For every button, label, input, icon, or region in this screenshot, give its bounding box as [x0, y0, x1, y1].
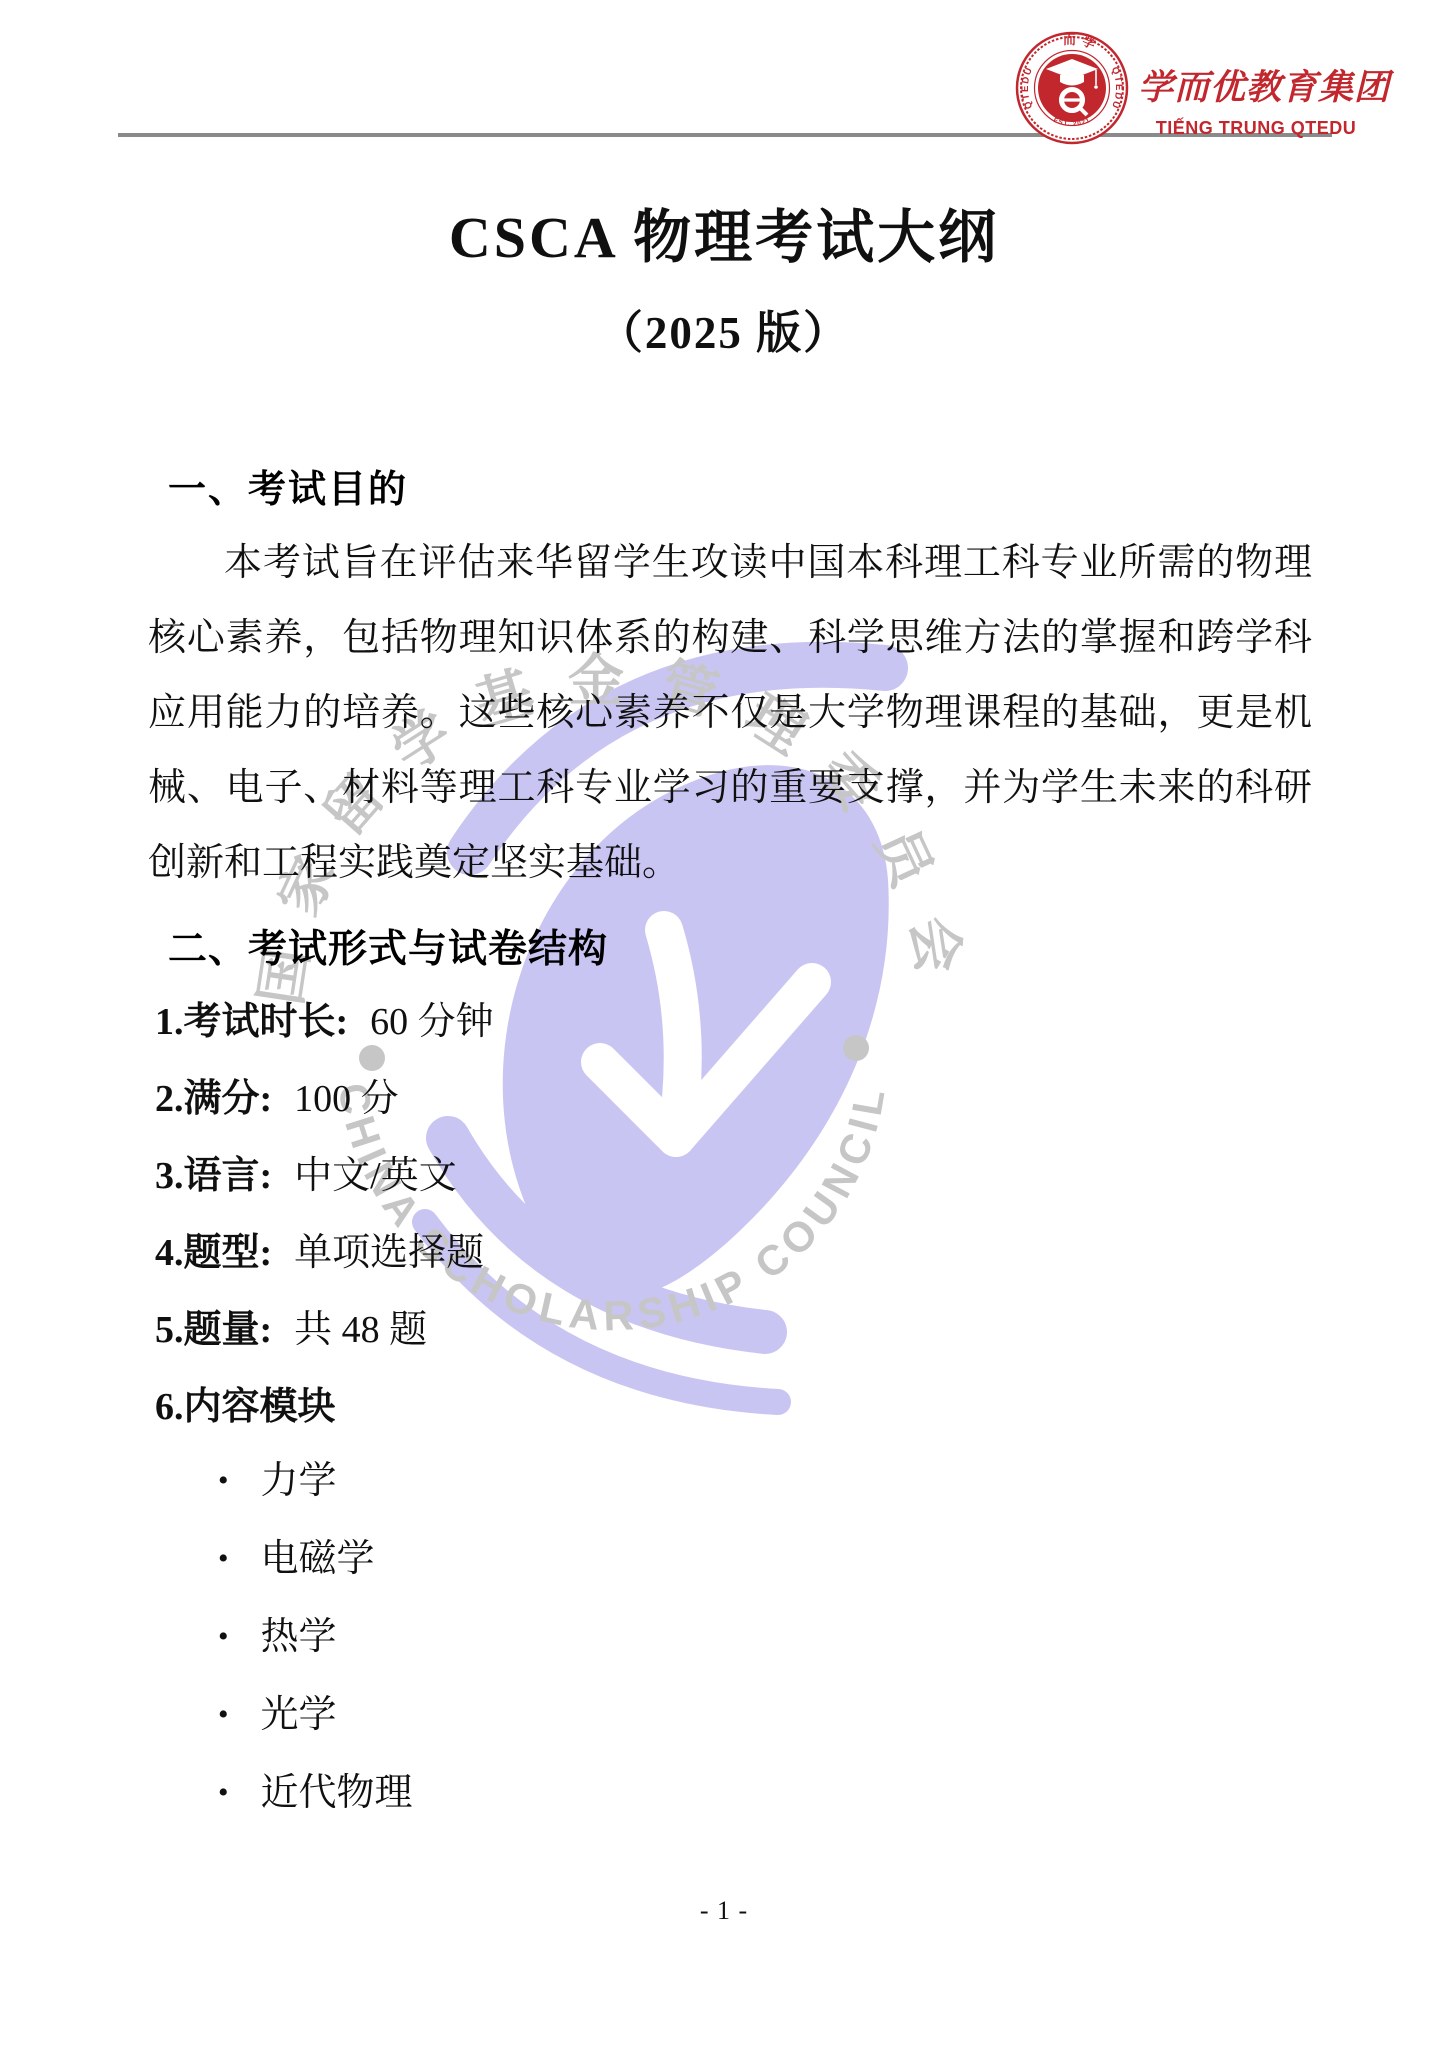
list-item-question-type: 4.题型:单项选择题: [155, 1215, 494, 1292]
bullet-icon: •: [218, 1754, 229, 1832]
csc-arrow-stem: [664, 930, 683, 1138]
qtedu-seal-logo: 优而学 QTEDU QTEDU EST. 2021: [1012, 28, 1132, 148]
list-item-question-count: 5.题量:共 48 题: [155, 1292, 494, 1369]
document-page: 国家留学基金管理委员会 CHINA SCHOLARSHIP COUNCIL 优而…: [0, 0, 1448, 2048]
item-value: 单项选择题: [294, 1232, 484, 1274]
paragraph-line: 本考试旨在评估来华留学生攻读中国本科理工科专业所需的物理: [148, 526, 1312, 601]
document-subtitle: （2025 版）: [0, 296, 1448, 361]
watermark-right-dot: [843, 1035, 869, 1061]
item-label: 3.语言:: [155, 1155, 272, 1197]
list-item: •力学: [218, 1442, 413, 1520]
exam-structure-list: 1.考试时长:60 分钟 2.满分:100 分 3.语言:中文/英文 4.题型:…: [155, 984, 494, 1446]
module-optics: 光学: [261, 1694, 337, 1736]
list-item-total-score: 2.满分:100 分: [155, 1061, 494, 1138]
csc-arrow-chevron-icon: [600, 982, 812, 1138]
list-item: •近代物理: [218, 1754, 413, 1832]
paragraph-line: 创新和工程实践奠定坚实基础。: [148, 826, 1312, 901]
list-item-language: 3.语言:中文/英文: [155, 1138, 494, 1215]
csc-emblem-lower-arc: [448, 1138, 765, 1332]
bullet-icon: •: [218, 1676, 229, 1754]
list-item: •电磁学: [218, 1520, 413, 1598]
item-label: 4.题型:: [155, 1232, 272, 1274]
module-modern-physics: 近代物理: [261, 1772, 413, 1814]
section-2-heading: 二、考试形式与试卷结构: [168, 918, 608, 974]
section-1-heading: 一、考试目的: [168, 458, 408, 513]
item-label: 1.考试时长:: [155, 1001, 348, 1043]
item-value: 共 48 题: [294, 1309, 427, 1351]
brand-name-vietnamese: TIẾNG TRUNG QTEDU: [1138, 118, 1374, 139]
item-value: 100 分: [294, 1078, 399, 1120]
module-thermodynamics: 热学: [261, 1616, 337, 1658]
brand-block: 学而优教育集团 TIẾNG TRUNG QTEDU: [1138, 60, 1374, 139]
module-electromagnetism: 电磁学: [261, 1538, 375, 1580]
bullet-icon: •: [218, 1520, 229, 1598]
bullet-icon: •: [218, 1442, 229, 1520]
paragraph-line: 应用能力的培养。这些核心素养不仅是大学物理课程的基础，更是机: [148, 676, 1312, 751]
bullet-icon: •: [218, 1598, 229, 1676]
item-label: 5.题量:: [155, 1309, 272, 1351]
item-value: 中文/英文: [294, 1155, 457, 1197]
paragraph-line: 械、电子、材料等理工科专业学习的重要支撑，并为学生未来的科研: [148, 751, 1312, 826]
content-module-list: •力学 •电磁学 •热学 •光学 •近代物理: [218, 1442, 413, 1832]
list-item-duration: 1.考试时长:60 分钟: [155, 984, 494, 1061]
section-1-paragraph: 本考试旨在评估来华留学生攻读中国本科理工科专业所需的物理 核心素养，包括物理知识…: [148, 526, 1312, 901]
document-title: CSCA 物理考试大纲: [0, 190, 1448, 274]
item-label: 2.满分:: [155, 1078, 272, 1120]
list-item: •光学: [218, 1676, 413, 1754]
list-item-content-modules: 6.内容模块: [155, 1369, 494, 1446]
item-label: 6.内容模块: [155, 1386, 336, 1428]
module-mechanics: 力学: [261, 1460, 337, 1502]
brand-name-chinese: 学而优教育集团: [1138, 60, 1374, 110]
list-item: •热学: [218, 1598, 413, 1676]
paragraph-line: 核心素养，包括物理知识体系的构建、科学思维方法的掌握和跨学科: [148, 601, 1312, 676]
page-number: - 1 -: [0, 1896, 1448, 1926]
item-value: 60 分钟: [370, 1001, 494, 1043]
